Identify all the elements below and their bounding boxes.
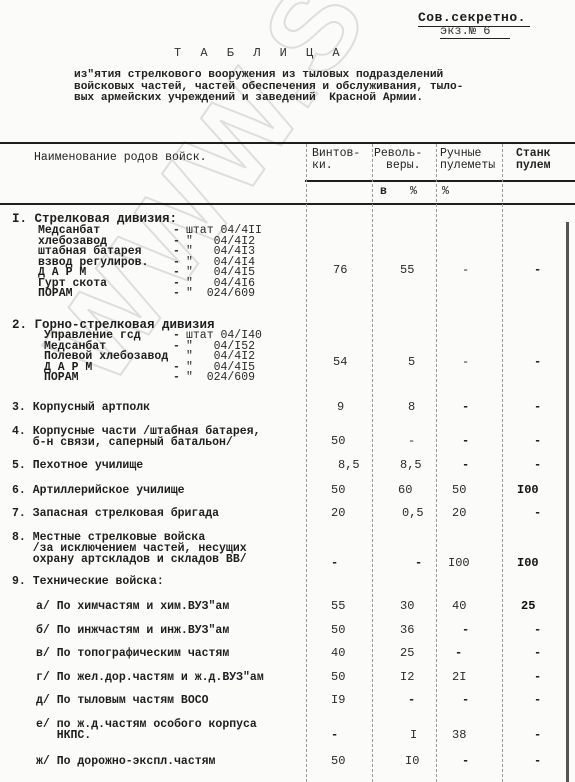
cell-rifles: 50	[331, 483, 345, 497]
cell-hmg: -	[534, 434, 541, 448]
cell-rifles: -	[331, 556, 338, 570]
cell-hmg: -	[534, 263, 541, 277]
cell-revolvers: -	[408, 434, 415, 448]
cell-rifles: 50	[331, 623, 345, 637]
cell-hmg: -	[534, 458, 541, 472]
row-label: е/ по ж.д.частям особого корпуса НКПС.	[36, 719, 257, 741]
cell-revolvers: -	[408, 693, 415, 707]
row-label: 5. Пехотное училище	[12, 460, 143, 471]
header-mid-rule	[305, 180, 575, 182]
cell-lmg: -	[462, 623, 469, 637]
cell-hmg: -	[534, 646, 541, 660]
cell-lmg: 38	[452, 728, 466, 742]
col-header-rifles: Винтов- ки.	[312, 148, 360, 172]
cell-lmg: -	[462, 263, 469, 277]
column-divider	[502, 144, 503, 782]
row-sublist-dash: - - - -	[173, 331, 180, 384]
row-label: д/ По тыловым частям ВОСО	[36, 695, 209, 706]
cell-lmg: 40	[452, 599, 466, 613]
subtitle-line: вых армейских учреждений и заведений Кра…	[74, 92, 423, 104]
cell-revolvers: 8	[408, 400, 415, 414]
cell-hmg: -	[534, 355, 541, 369]
cell-lmg: -	[462, 458, 469, 472]
row-label: г/ По жел.дор.частям и ж.д.ВУЗ"ам	[36, 672, 264, 683]
cell-revolvers: 5	[408, 355, 415, 369]
cell-lmg: 20	[452, 506, 466, 520]
cell-rifles: -	[331, 728, 338, 742]
subtitle-line: войсковых частей, частей обеспечения и о…	[74, 81, 463, 93]
col-header-revolvers: Револь- веры.	[374, 148, 422, 172]
cell-rifles: I9	[331, 693, 345, 707]
cell-rifles: 8,5	[338, 458, 360, 472]
row-label: 6. Артиллерийское училище	[12, 485, 185, 496]
cell-rifles: 50	[331, 754, 345, 768]
copy-underline	[440, 38, 510, 39]
row-label: 7. Запасная стрелковая бригада	[12, 508, 219, 519]
units-in: в	[380, 186, 387, 198]
units-percent: %	[410, 186, 417, 198]
row-label: в/ По топографическим частям	[36, 648, 229, 659]
cell-lmg: -	[462, 434, 469, 448]
cell-revolvers: -	[415, 556, 422, 570]
cell-hmg: I00	[517, 483, 539, 497]
cell-hmg: -	[534, 670, 541, 684]
page-edge-shadow	[566, 222, 569, 782]
col-header-lmg: Ручные пулеметы	[440, 148, 495, 172]
column-divider	[306, 144, 307, 782]
row-sublist: Медсанбат хлебозавод штабная батарея взв…	[38, 226, 148, 300]
cell-revolvers: 60	[398, 483, 412, 497]
units-percent: %	[442, 186, 449, 198]
cell-lmg: -	[462, 754, 469, 768]
cell-lmg: -	[462, 400, 469, 414]
cell-lmg: 2I	[452, 670, 466, 684]
cell-rifles: 9	[337, 400, 344, 414]
cell-lmg: I00	[448, 556, 470, 570]
cell-hmg: 25	[521, 599, 535, 613]
cell-rifles: 76	[333, 263, 347, 277]
cell-hmg: -	[534, 400, 541, 414]
cell-lmg: -	[462, 355, 469, 369]
cell-revolvers: 25	[400, 646, 414, 660]
cell-revolvers: 0,5	[402, 506, 424, 520]
row-label: ж/ По дорожно-экспл.частям	[36, 756, 215, 767]
subtitle-line: из"ятия стрелкового вооружения из тыловы…	[74, 69, 443, 81]
table-top-rule	[0, 142, 575, 144]
row-label: б/ По инжчастям и инж.ВУЗ"ам	[36, 625, 229, 636]
cell-rifles: 20	[331, 506, 345, 520]
cell-revolvers: I0	[405, 754, 419, 768]
row-label: 3. Корпусный артполк	[12, 402, 150, 413]
classification-stamp: Сов.секретно.	[418, 10, 526, 25]
row-sublist: Управление гсд Медсанбат Полевой хлебоза…	[44, 331, 168, 384]
row-sublist-staff: штат 04/4II " 04/4I2 " 04/4I3 " 04/4I4 "…	[186, 226, 262, 300]
cell-hmg: -	[534, 506, 541, 520]
row-sublist-staff: штат 04/I40 " 04/I52 " 04/4I2 " 04/4I5 "…	[186, 331, 262, 384]
row-label: 9. Технические войска:	[12, 576, 164, 587]
row-label: 4. Корпусные части /штабная батарея, б-н…	[12, 426, 260, 448]
col-header-name: Наименование родов войск.	[34, 152, 207, 164]
row-label: 8. Местные стрелковые войска /за исключе…	[12, 532, 247, 565]
cell-hmg: -	[534, 754, 541, 768]
header-bottom-rule	[0, 203, 575, 205]
cell-revolvers: I2	[400, 670, 414, 684]
col-header-hmg: Станк пулем	[516, 148, 551, 172]
cell-revolvers: 55	[400, 263, 414, 277]
column-divider	[372, 144, 373, 782]
cell-rifles: 50	[331, 434, 345, 448]
cell-revolvers: 30	[400, 599, 414, 613]
document-subtitle: из"ятия стрелкового вооружения из тыловы…	[74, 70, 463, 105]
cell-revolvers: I	[410, 728, 417, 742]
cell-hmg: -	[534, 623, 541, 637]
document-title: Т А Б Л И Ц А	[174, 46, 346, 60]
cell-rifles: 50	[331, 670, 345, 684]
row-sublist-dash: - - - - - - -	[173, 226, 180, 300]
cell-hmg: I00	[517, 556, 539, 570]
cell-rifles: 40	[331, 646, 345, 660]
cell-revolvers: 36	[400, 623, 414, 637]
cell-hmg: -	[534, 728, 541, 742]
cell-rifles: 54	[333, 355, 347, 369]
row-label: а/ По химчастям и хим.ВУЗ"ам	[36, 601, 229, 612]
column-divider	[436, 144, 437, 782]
cell-hmg: -	[534, 693, 541, 707]
copy-number: экз.№ 6	[440, 24, 490, 38]
cell-lmg: -	[462, 693, 469, 707]
cell-lmg: 50	[452, 483, 466, 497]
cell-rifles: 55	[331, 599, 345, 613]
cell-revolvers: 8,5	[400, 458, 422, 472]
cell-lmg: -	[455, 646, 462, 660]
